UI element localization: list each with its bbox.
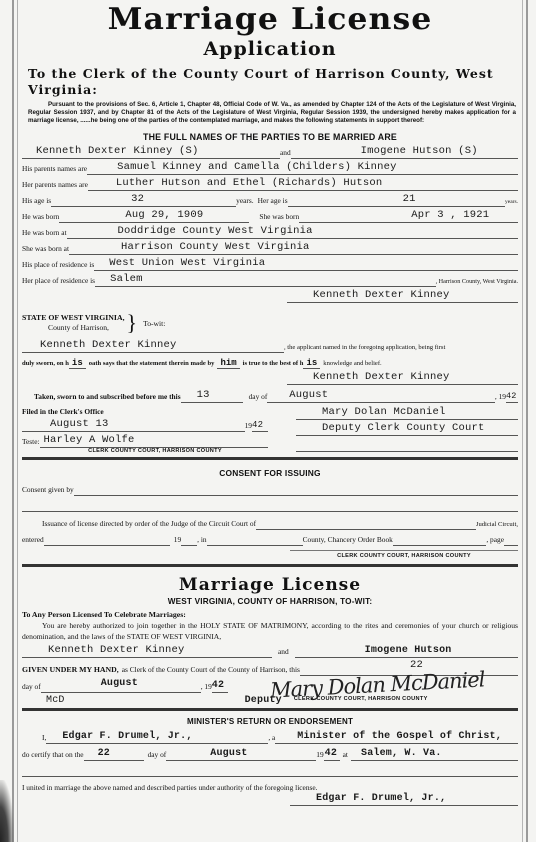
oath-pronoun-1: is — [69, 358, 86, 369]
consent-blank-row — [22, 496, 518, 512]
she-born-at-field: Harrison County West Virginia — [69, 241, 518, 255]
oath-mid: oath says that the statement therein mad… — [89, 360, 215, 369]
scan-shadow — [0, 780, 14, 842]
license-jurisdiction: WEST VIRGINIA, COUNTY OF HARRISON, TO-WI… — [22, 597, 518, 606]
she-born-value: Apr 3 , 1921 — [411, 209, 489, 221]
teste-label: Teste: — [22, 437, 40, 448]
page-border-right-inner — [522, 0, 523, 842]
her-parents-field: Luther Hutson and Ethel (Richards) Hutso… — [88, 177, 518, 191]
his-residence-value: West Union West Virginia — [109, 257, 265, 269]
certify-place-field: Salem, W. Va. — [351, 747, 518, 761]
filed-label: Filed in the Clerk's Office — [22, 404, 268, 416]
his-residence-field: West Union West Virginia — [94, 257, 518, 271]
circuit-field — [256, 516, 476, 530]
sworn-month-field: August — [267, 389, 495, 403]
oath-pronoun-2: is — [303, 358, 320, 369]
she-born-at-value: Harrison County West Virginia — [121, 241, 310, 253]
sworn-year-field: 42 — [506, 389, 518, 403]
page-label: , page — [486, 535, 504, 546]
minister-name-row: I, Edgar F. Drumel, Jr., , a Minister of… — [22, 726, 518, 744]
license-bride-field: Imogene Hutson — [295, 644, 518, 658]
license-section: Marriage License WEST VIRGINIA, COUNTY O… — [22, 575, 518, 711]
consent-heading: CONSENT FOR ISSUING — [22, 468, 518, 478]
his-parents-label: His parents names are — [22, 164, 87, 175]
affidavit-section: STATE OF WEST VIRGINIA, County of Harris… — [22, 309, 518, 460]
his-age-value: 32 — [131, 193, 144, 205]
affiant-signature-field: Kenneth Dexter Kinney — [287, 371, 518, 385]
teste-row: Teste: Harley A Wolfe — [22, 432, 268, 448]
consent-given-field — [74, 482, 518, 496]
authorization-text: You are hereby authorized to join togeth… — [22, 620, 518, 642]
certify-year: 42 — [325, 748, 337, 759]
issuance-text: Issuance of license directed by order of… — [22, 519, 256, 530]
entered-date-field — [44, 532, 170, 546]
her-residence-value: Salem — [110, 273, 143, 285]
given-month-field: August — [41, 679, 201, 693]
filing-left: Filed in the Clerk's Office August 13 19… — [22, 404, 268, 454]
filed-year-field: 42 — [252, 418, 268, 432]
deputy-name-field: Mary Dolan McDaniel — [296, 406, 518, 420]
her-age-label: Her age is — [258, 196, 288, 207]
entered-county-field — [207, 532, 303, 546]
deputy-name-row: Mary Dolan McDaniel — [296, 404, 518, 420]
years-label-2: years. — [505, 199, 518, 207]
judicial-circuit-label: Judicial Circuit, — [476, 521, 518, 530]
page-border-left — [12, 0, 14, 842]
venue-block: STATE OF WEST VIRGINIA, County of Harris… — [22, 309, 518, 337]
filed-year: 42 — [252, 420, 263, 430]
affiant-name: Kenneth Dexter Kinney — [40, 339, 177, 351]
filed-year-prefix: 19 — [245, 421, 252, 432]
parties-row: Kenneth Dexter Kinney (S) and Imogene Hu… — [22, 143, 518, 159]
certify-at-label: at — [343, 750, 348, 761]
deputy-title-row: Deputy Clerk County Court — [296, 420, 518, 436]
he-born-at-value: Doddridge County West Virginia — [118, 225, 313, 237]
his-parents-field: Samuel Kinney and Camella (Childers) Kin… — [87, 161, 518, 175]
applicant-suffix: , the applicant named in the foregoing a… — [284, 344, 445, 353]
consent-blank-field — [22, 498, 518, 512]
certify-month-field: August — [166, 747, 316, 761]
brace: } — [127, 312, 138, 334]
given-label-bold: GIVEN UNDER MY HAND, — [22, 665, 119, 676]
entered-row: entered 19 , in County, Chancery Order B… — [22, 530, 518, 546]
he-born-label: He was born — [22, 212, 59, 223]
certify-day-field: 22 — [84, 747, 144, 761]
clerk-caption: CLERK COUNTY COURT, HARRISON COUNTY — [22, 448, 268, 454]
bride-name: Imogene Hutson (S) — [361, 145, 478, 157]
he-born-field: Aug 29, 1909 — [59, 209, 249, 223]
certify-month: August — [210, 748, 247, 759]
sworn-day: 13 — [197, 389, 210, 401]
sworn-row: Taken, sworn to and subscribed before me… — [22, 387, 518, 403]
and-label: and — [280, 148, 291, 159]
statute-text: Pursuant to the provisions of Sec. 6, Ar… — [28, 101, 516, 124]
given-day-of-label: day of — [22, 682, 41, 693]
oath-suffix: knowledge and belief. — [323, 360, 381, 369]
document-title: Marriage License — [10, 2, 531, 38]
state-label: STATE OF WEST VIRGINIA, — [22, 313, 125, 323]
her-parents-row: Her parents names are Luther Hutson and … — [22, 175, 518, 191]
his-parents-value: Samuel Kinney and Camella (Childers) Kin… — [117, 161, 397, 173]
deputy-label: Deputy — [245, 695, 282, 706]
minister-a-label: , a — [268, 733, 275, 744]
minister-name-field: Edgar F. Drumel, Jr., — [46, 730, 268, 744]
she-born-field: Apr 3 , 1921 — [299, 209, 518, 223]
applicant-signature-field: Kenneth Dexter Kinney — [287, 289, 518, 303]
her-residence-field: Salem — [95, 273, 436, 287]
consent-clerk-line — [290, 550, 518, 551]
in-label: , in — [197, 535, 206, 546]
minister-signature: Edgar F. Drumel, Jr., — [316, 793, 446, 804]
deputy-blank-field — [296, 438, 518, 452]
applicant-signature: Kenneth Dexter Kinney — [313, 289, 450, 301]
page-border-left-inner — [17, 0, 18, 842]
given-year: 42 — [212, 680, 224, 691]
affiant-row: Kenneth Dexter Kinney , the applicant na… — [22, 337, 518, 353]
his-age-label: His age is — [22, 196, 51, 207]
sworn-month: August — [289, 389, 328, 401]
united-text: I united in marriage the above named and… — [22, 783, 518, 792]
section-divider-1 — [22, 457, 518, 460]
her-parents-label: Her parents names are — [22, 180, 88, 191]
given-label-rest: as Clerk of the County Court of the Coun… — [122, 665, 300, 676]
venue-labels: STATE OF WEST VIRGINIA, County of Harris… — [22, 313, 125, 333]
her-age-field: 21 — [288, 193, 505, 207]
certify-year-field: 42 — [324, 747, 340, 761]
given-month: August — [101, 678, 138, 689]
her-age-value: 21 — [403, 193, 416, 205]
teste-name: Harley A Wolfe — [44, 434, 135, 446]
page-border-right — [526, 0, 528, 842]
statute-paragraph: Pursuant to the provisions of Sec. 6, Ar… — [22, 101, 518, 125]
certify-day-of-label: day of — [148, 750, 167, 761]
sworn-year-prefix: , 19 — [495, 392, 506, 403]
affiant-signature-row: Kenneth Dexter Kinney — [22, 369, 518, 385]
certify-year-prefix: 19 — [316, 750, 323, 761]
license-groom: Kenneth Dexter Kinney — [48, 644, 185, 656]
certify-row: do certify that on the 22 day of August … — [22, 744, 518, 761]
initials-row: McD Deputy CLERK COUNTY COURT, HARRISON … — [22, 693, 518, 706]
ages-row: His age is 32 years. Her age is 21 years… — [22, 191, 518, 207]
his-parents-row: His parents names are Samuel Kinney and … — [22, 159, 518, 175]
minister-title: Minister of the Gospel of Christ, — [297, 731, 502, 742]
minister-heading: MINISTER'S RETURN OR ENDORSEMENT — [22, 717, 518, 726]
minister-i-label: I, — [22, 733, 46, 744]
given-day: 22 — [410, 659, 423, 671]
minister-name: Edgar F. Drumel, Jr., — [62, 731, 192, 742]
page-field — [504, 532, 518, 546]
day-of-label: day of — [249, 392, 268, 403]
certify-day: 22 — [98, 748, 110, 759]
county-label: County of Harrison, — [22, 323, 125, 333]
given-year-prefix: , 19 — [201, 682, 212, 693]
he-born-at-field: Doddridge County West Virginia — [67, 225, 518, 239]
license-and-label: and — [278, 647, 289, 658]
given-date-row: day of August , 19 42 Mary Dolan McDanie… — [22, 676, 518, 693]
her-residence-row: Her place of residence is Salem , Harris… — [22, 271, 518, 287]
application-section: Marriage License Application To the Cler… — [22, 2, 518, 303]
license-parties-row: Kenneth Dexter Kinney and Imogene Hutson — [22, 642, 518, 658]
his-age-field: 32 — [51, 193, 236, 207]
his-residence-label: His place of residence is — [22, 260, 94, 271]
consent-label: Consent given by — [22, 485, 74, 496]
affiant-field: Kenneth Dexter Kinney — [22, 339, 284, 353]
filed-date: August 13 — [50, 418, 109, 430]
county-suffix: , Harrison County, West Virginia. — [436, 278, 518, 287]
minister-section: MINISTER'S RETURN OR ENDORSEMENT I, Edga… — [22, 717, 518, 806]
consent-given-row: Consent given by — [22, 480, 518, 496]
her-residence-label: Her place of residence is — [22, 276, 95, 287]
certify-blank-field — [22, 763, 518, 777]
she-born-at-row: She was born at Harrison County West Vir… — [22, 239, 518, 255]
he-born-at-label: He was born at — [22, 228, 67, 239]
issuance-row: Issuance of license directed by order of… — [22, 512, 518, 530]
deputy-blank-row — [296, 436, 518, 452]
license-addressee: To Any Person Licensed To Celebrate Marr… — [22, 610, 518, 619]
he-born-value: Aug 29, 1909 — [125, 209, 203, 221]
his-residence-row: His place of residence is West Union Wes… — [22, 255, 518, 271]
bride-name-field: Imogene Hutson (S) — [291, 145, 518, 159]
years-label: years. — [236, 196, 253, 207]
given-year-field: 42 — [212, 679, 228, 693]
license-groom-field: Kenneth Dexter Kinney — [22, 644, 272, 658]
filed-date-row: August 13 19 42 — [22, 416, 268, 432]
minister-signature-row: Edgar F. Drumel, Jr., — [22, 792, 518, 806]
consent-section: CONSENT FOR ISSUING Consent given by Iss… — [22, 468, 518, 567]
parties-heading: THE FULL NAMES OF THE PARTIES TO BE MARR… — [22, 132, 518, 142]
filing-block: Filed in the Clerk's Office August 13 19… — [22, 404, 518, 454]
oath-row: duly sworn, on h is oath says that the s… — [22, 353, 518, 369]
marriage-license-document: Marriage License Application To the Cler… — [22, 0, 518, 842]
addressed-to: To the Clerk of the County Court of Harr… — [22, 66, 518, 98]
affiant-signature: Kenneth Dexter Kinney — [313, 371, 450, 383]
birth-dates-row: He was born Aug 29, 1909 She was born Ap… — [22, 207, 518, 223]
consent-clerk-block: CLERK COUNTY COURT, HARRISON COUNTY — [22, 550, 518, 559]
minister-signature-field: Edgar F. Drumel, Jr., — [290, 792, 518, 806]
chancery-label: County, Chancery Order Book — [303, 535, 393, 546]
oath-mid2: is true to the best of h — [243, 360, 304, 369]
consent-clerk-caption: CLERK COUNTY COURT, HARRISON COUNTY — [290, 553, 518, 559]
applicant-signature-row: Kenneth Dexter Kinney — [22, 287, 518, 303]
certify-blank-row — [22, 761, 518, 777]
entered-19-label: 19 — [174, 535, 181, 546]
certify-place: Salem, W. Va. — [361, 748, 442, 759]
oath-prefix: duly sworn, on h — [22, 360, 69, 369]
license-clerk-caption: CLERK COUNTY COURT, HARRISON COUNTY — [294, 696, 428, 706]
section-divider-3 — [22, 708, 518, 711]
sworn-day-field: 13 — [181, 389, 243, 403]
he-born-at-row: He was born at Doddridge County West Vir… — [22, 223, 518, 239]
document-subtitle: Application — [22, 38, 518, 60]
license-title: Marriage License — [22, 575, 518, 595]
certify-label: do certify that on the — [22, 750, 84, 761]
sworn-label: Taken, sworn to and subscribed before me… — [22, 392, 181, 403]
deputy-title-field: Deputy Clerk County Court — [296, 422, 518, 436]
deputy-name: Mary Dolan McDaniel — [322, 406, 446, 418]
deputy-title: Deputy Clerk County Court — [322, 422, 485, 434]
filing-right: Mary Dolan McDaniel Deputy Clerk County … — [296, 404, 518, 454]
oath-him: him — [217, 358, 239, 369]
minister-title-field: Minister of the Gospel of Christ, — [275, 730, 518, 744]
groom-name-field: Kenneth Dexter Kinney (S) — [22, 145, 280, 159]
her-parents-value: Luther Hutson and Ethel (Richards) Hutso… — [116, 177, 383, 189]
section-divider-2 — [22, 564, 518, 567]
she-born-at-label: She was born at — [22, 244, 69, 255]
to-wit-label: To-wit: — [143, 319, 165, 328]
entered-year-field — [181, 532, 197, 546]
she-born-label: She was born — [259, 212, 299, 223]
license-bride: Imogene Hutson — [365, 645, 452, 656]
sworn-year: 42 — [506, 391, 517, 401]
clerk-initials: McD — [22, 695, 65, 706]
teste-field: Harley A Wolfe — [40, 434, 268, 448]
filed-date-field: August 13 — [22, 418, 245, 432]
order-book-field — [393, 532, 487, 546]
entered-label: entered — [22, 535, 44, 546]
groom-name: Kenneth Dexter Kinney (S) — [36, 145, 199, 157]
